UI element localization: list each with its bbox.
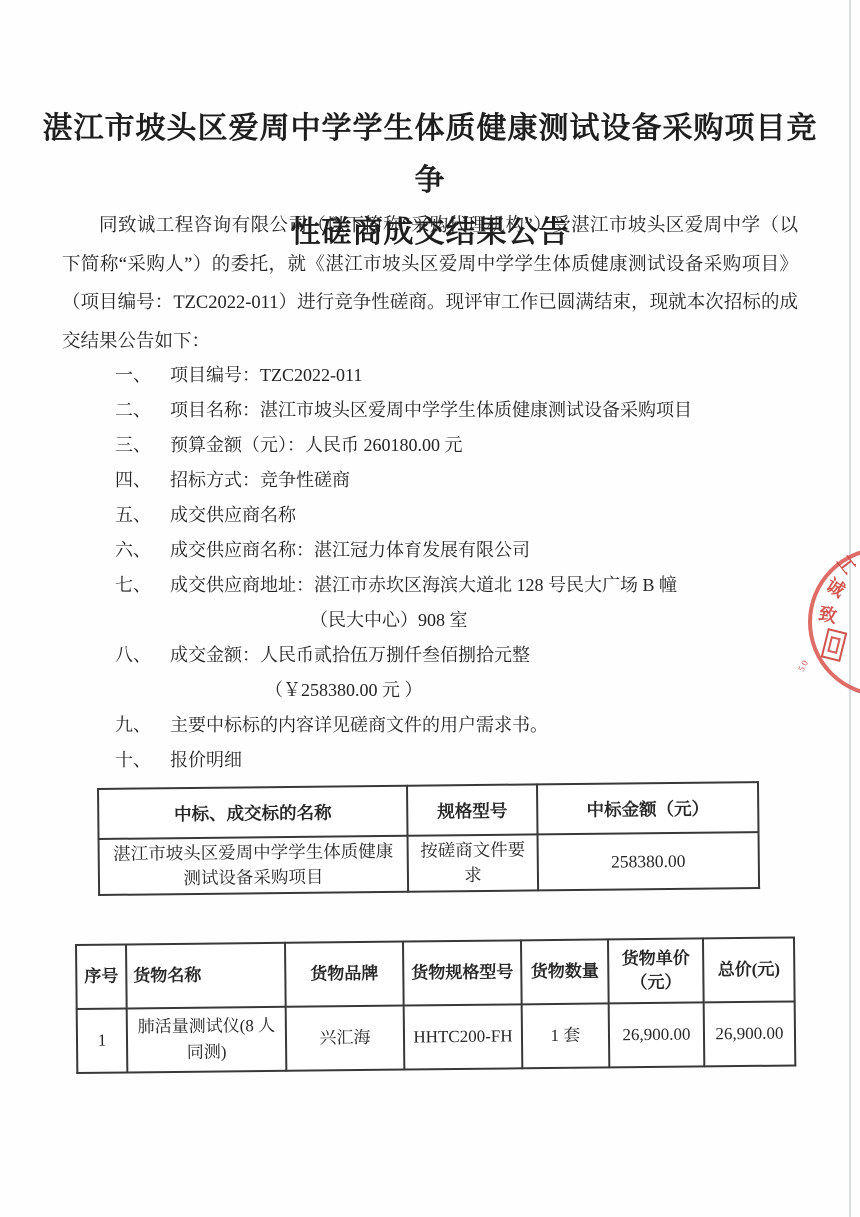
list-item-budget: 三、 预算金额（元）：人民币 260180.00 元 (115, 434, 805, 456)
item-text-line1: 成交金额：人民币贰拾伍万捌仟叁佰捌拾元整 (170, 645, 530, 665)
item-number: 二、 (115, 399, 170, 421)
list-item-bid-method: 四、 招标方式：竞争性磋商 (115, 469, 805, 491)
list-item-award-amount: 八、 成交金额：人民币贰拾伍万捌仟叁佰捌拾元整 （￥258380.00 元 ） (115, 644, 805, 701)
item-number: 十、 (115, 749, 170, 771)
seal-char: 致 (816, 599, 839, 628)
item-text-line1: 成交供应商地址：湛江市赤坎区海滨大道北 128 号民大广场 B 幢 (170, 575, 677, 595)
table-row: 湛江市坡头区爱周中学学生体质健康测试设备采购项目 按磋商文件要求 258380.… (99, 832, 760, 895)
item-number: 六、 (115, 539, 170, 561)
item-text-line2: （￥258380.00 元 ） (170, 679, 805, 701)
header-goods-brand: 货物品牌 (285, 942, 404, 1007)
item-text: 项目名称：湛江市坡头区爱周中学学生体质健康测试设备采购项目 (170, 399, 805, 421)
item-text: 报价明细 (170, 749, 805, 771)
seal-center-mark (821, 628, 848, 662)
header-goods-total-price: 总价(元) (703, 937, 795, 1002)
list-item-quotation-detail: 十、 报价明细 (115, 749, 805, 771)
numbered-list: 一、 项目编号：TZC2022-011 二、 项目名称：湛江市坡头区爱周中学学生… (115, 364, 805, 784)
header-subject-name: 中标、成交标的名称 (98, 786, 408, 839)
item-text: 项目编号：TZC2022-011 (170, 364, 805, 386)
list-item-project-name: 二、 项目名称：湛江市坡头区爱周中学学生体质健康测试设备采购项目 (115, 399, 805, 421)
item-number: 九、 (115, 714, 170, 736)
header-spec-model: 规格型号 (407, 784, 538, 835)
scan-page-edge (849, 0, 851, 1217)
cell-subject-name: 湛江市坡头区爱周中学学生体质健康测试设备采购项目 (99, 836, 409, 895)
item-text: 成交供应商地址：湛江市赤坎区海滨大道北 128 号民大广场 B 幢 （民大中心）… (170, 574, 805, 631)
cell-goods-unit-price: 26,900.00 (609, 1002, 705, 1067)
page-title-line1: 湛江市坡头区爱周中学学生体质健康测试设备采购项目竞争 (43, 112, 818, 197)
header-seq-no: 序号 (76, 944, 127, 1009)
seal-ring (808, 547, 860, 697)
list-item-supplier-address: 七、 成交供应商地址：湛江市赤坎区海滨大道北 128 号民大广场 B 幢 （民大… (115, 574, 805, 631)
document-page: { "title": { "line1": "湛江市坡头区爱周中学学生体质健康测… (0, 0, 860, 1217)
list-item-main-content: 九、 主要中标标的内容详见磋商文件的用户需求书。 (115, 714, 805, 736)
seal-char: 诚 (821, 571, 850, 603)
item-number: 一、 (115, 364, 170, 386)
seal-center-mark-inner (827, 636, 841, 654)
item-number: 七、 (115, 574, 170, 631)
item-number: 三、 (115, 434, 170, 456)
cell-goods-name: 肺活量测试仪(8 人同测) (127, 1007, 287, 1073)
header-goods-unit-price: 货物单价（元） (608, 938, 704, 1003)
table-header-row: 序号 货物名称 货物品牌 货物规格型号 货物数量 货物单价（元） 总价(元) (76, 937, 795, 1009)
award-summary-table: 中标、成交标的名称 规格型号 中标金额（元） 湛江市坡头区爱周中学学生体质健康测… (97, 781, 760, 896)
table-row: 1 肺活量测试仪(8 人同测) 兴汇海 HHTC200-FH 1 套 26,90… (77, 1001, 796, 1073)
item-text-line2: （民大中心）908 室 (170, 609, 805, 631)
header-goods-qty: 货物数量 (521, 939, 609, 1004)
item-number: 八、 (115, 644, 170, 701)
item-text: 成交金额：人民币贰拾伍万捌仟叁佰捌拾元整 （￥258380.00 元 ） (170, 644, 805, 701)
cell-goods-total-price: 26,900.00 (704, 1001, 796, 1066)
cell-seq-no: 1 (77, 1008, 128, 1073)
item-text: 成交供应商名称：湛江冠力体育发展有限公司 (170, 539, 805, 561)
header-award-amount: 中标金额（元） (537, 782, 759, 834)
item-number: 五、 (115, 504, 170, 526)
goods-detail-table: 序号 货物名称 货物品牌 货物规格型号 货物数量 货物单价（元） 总价(元) 1… (75, 936, 796, 1074)
item-text: 预算金额（元）：人民币 260180.00 元 (170, 434, 805, 456)
header-goods-spec: 货物规格型号 (403, 940, 522, 1005)
item-text: 成交供应商名称 (170, 504, 805, 526)
cell-goods-qty: 1 套 (522, 1003, 610, 1068)
item-text: 招标方式：竞争性磋商 (170, 469, 805, 491)
intro-paragraph: 同致诚工程咨询有限公司（以下简称“采购代理机构”）受湛江市坡头区爱周中学（以下简… (62, 207, 798, 361)
list-item-project-number: 一、 项目编号：TZC2022-011 (115, 364, 805, 386)
cell-goods-brand: 兴汇海 (286, 1006, 405, 1071)
list-item-supplier-name: 六、 成交供应商名称：湛江冠力体育发展有限公司 (115, 539, 805, 561)
header-goods-name: 货物名称 (126, 943, 286, 1009)
list-item-supplier-name-label: 五、 成交供应商名称 (115, 504, 805, 526)
item-number: 四、 (115, 469, 170, 491)
cell-spec-model: 按磋商文件要求 (408, 834, 539, 891)
cell-award-amount: 258380.00 (538, 832, 760, 890)
seal-char: 工 (831, 549, 860, 579)
item-text: 主要中标标的内容详见磋商文件的用户需求书。 (170, 714, 805, 736)
table-header-row: 中标、成交标的名称 规格型号 中标金额（元） (98, 782, 758, 839)
cell-goods-spec: HHTC200-FH (404, 1004, 523, 1069)
